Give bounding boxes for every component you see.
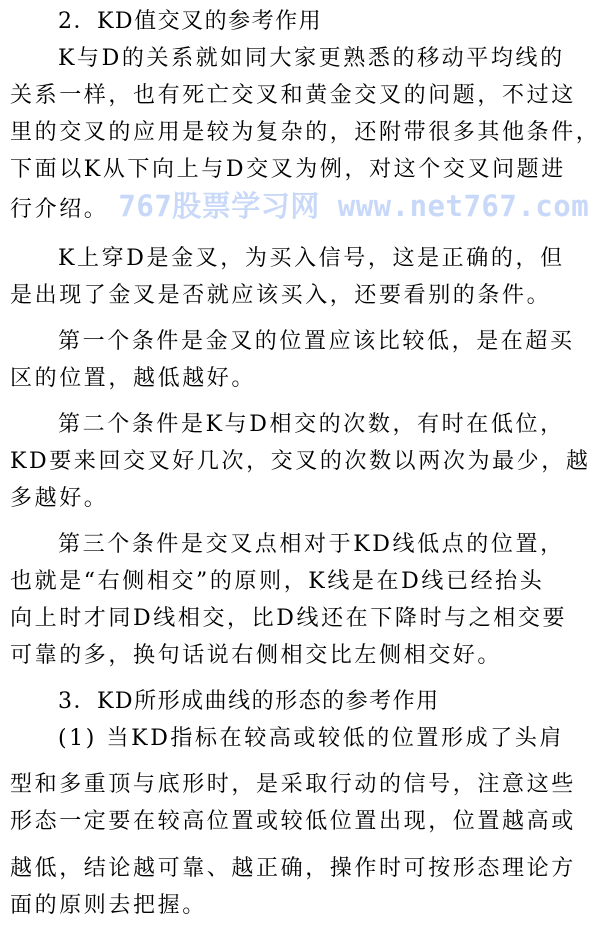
paragraph-line: 向上时才同D线相交，比D线还在下降时与之相交要 xyxy=(10,600,567,637)
section-heading-3: 3．KD所形成曲线的形态的参考作用 xyxy=(58,683,440,720)
paragraph-line: K与D的关系就如同大家更熟悉的移动平均线的 xyxy=(58,40,565,77)
watermark-text: 767股票学习网 www.net767.com xyxy=(118,189,589,223)
paragraph-line: KD要来回交叉好几次，交叉的次数以两次为最少，越 xyxy=(10,443,590,480)
paragraph-line: 区的位置，越低越好。 xyxy=(10,360,256,397)
section-heading-2: 2．KD值交叉的参考作用 xyxy=(58,3,322,40)
paragraph-line: 越低，结论越可靠、越正确，操作时可按形态理论方 xyxy=(10,850,576,887)
paragraph-line: 行介绍。 xyxy=(10,197,108,222)
paragraph-line: 第一个条件是金叉的位置应该比较低，是在超买 xyxy=(58,323,575,360)
paragraph-line: 里的交叉的应用是较为复杂的，还附带很多其他条件， xyxy=(10,114,599,151)
paragraph-line: 也就是“右侧相交”的原则，K线是在D线已经抬头 xyxy=(10,563,544,600)
paragraph-line: 多越好。 xyxy=(10,480,108,517)
paragraph-line: 第三个条件是交叉点相对于KD线低点的位置， xyxy=(58,526,565,563)
paragraph-line: 形态一定要在较高位置或较低位置出现，位置越高或 xyxy=(10,803,576,840)
paragraph-line: K上穿D是金叉，为买入信号，这是正确的，但 xyxy=(58,240,565,277)
paragraph-line: 第二个条件是K与D相交的次数，有时在低位， xyxy=(58,406,565,443)
paragraph-line: 可靠的多，换句话说右侧相交比左侧相交好。 xyxy=(10,637,502,674)
paragraph-line: 关系一样，也有死亡交叉和黄金交叉的问题，不过这 xyxy=(10,77,576,114)
paragraph-line: 型和多重顶与底形时，是采取行动的信号，注意这些 xyxy=(10,766,576,803)
paragraph-line: 面的原则去把握。 xyxy=(10,887,207,924)
paragraph-line: (1) 当KD指标在较高或较低的位置形成了头肩 xyxy=(58,720,564,757)
paragraph-line: 是出现了金叉是否就应该买入，还要看别的条件。 xyxy=(10,277,551,314)
paragraph-line-with-watermark: 行介绍。767股票学习网 www.net767.com xyxy=(10,188,589,225)
paragraph-line: 下面以K从下向上与D交叉为例，对这个交叉问题进 xyxy=(10,151,566,188)
